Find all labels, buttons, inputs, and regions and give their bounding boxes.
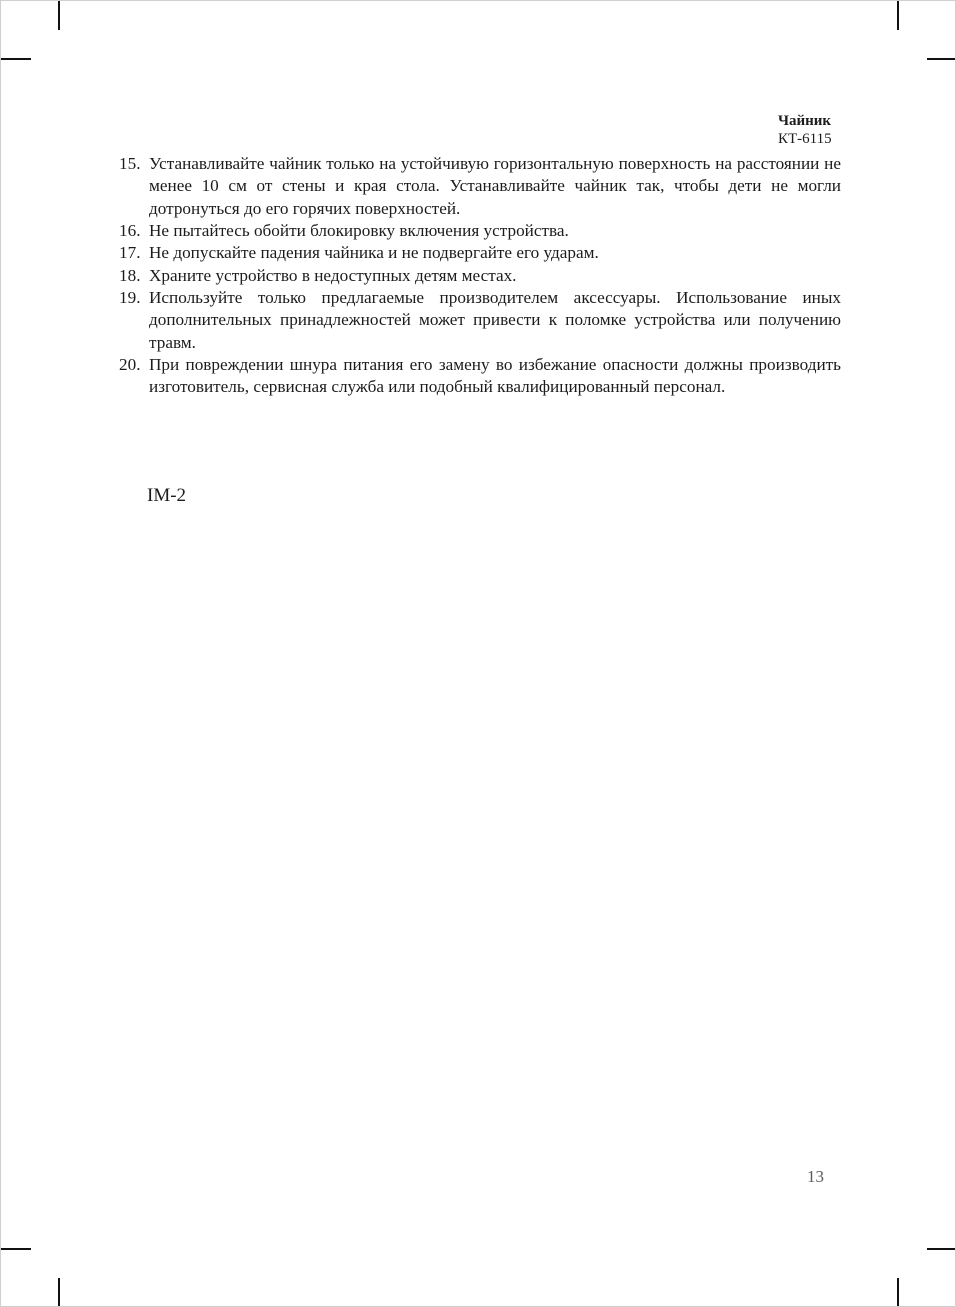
list-item: 16. Не пытайтесь обойти блокировку включ… xyxy=(119,220,841,242)
crop-mark-bottom-right-horizontal xyxy=(927,1248,956,1250)
list-item-text: Не допускайте падения чайника и не подве… xyxy=(149,242,841,264)
list-item-text: Устанавливайте чайник только на устойчив… xyxy=(149,153,841,220)
crop-mark-top-right-vertical xyxy=(897,1,899,30)
list-item-number: 18. xyxy=(119,265,149,287)
crop-mark-bottom-left-horizontal xyxy=(1,1248,31,1250)
instructions-list: 15. Устанавливайте чайник только на усто… xyxy=(119,153,841,399)
list-item-number: 15. xyxy=(119,153,149,175)
crop-mark-bottom-right-vertical xyxy=(897,1278,899,1307)
list-item-text: При повреждении шнура питания его замену… xyxy=(149,354,841,399)
page-number: 13 xyxy=(807,1167,824,1187)
list-item-text: Используйте только предлагаемые производ… xyxy=(149,287,841,354)
manual-page: Чайник КТ-6115 15. Устанавливайте чайник… xyxy=(0,0,956,1307)
list-item-text: Храните устройство в недоступных детям м… xyxy=(149,265,841,287)
product-name: Чайник xyxy=(778,113,832,131)
page-header: Чайник КТ-6115 xyxy=(778,113,832,148)
list-item: 15. Устанавливайте чайник только на усто… xyxy=(119,153,841,220)
crop-mark-top-left-vertical xyxy=(58,1,60,30)
list-item-number: 19. xyxy=(119,287,149,309)
list-item: 20. При повреждении шнура питания его за… xyxy=(119,354,841,399)
list-item: 18. Храните устройство в недоступных дет… xyxy=(119,265,841,287)
list-item-number: 20. xyxy=(119,354,149,376)
list-item-text: Не пытайтесь обойти блокировку включения… xyxy=(149,220,841,242)
crop-mark-top-left-horizontal xyxy=(1,58,31,60)
list-item-number: 17. xyxy=(119,242,149,264)
product-model: КТ-6115 xyxy=(778,131,832,149)
crop-mark-top-right-horizontal xyxy=(927,58,956,60)
list-item: 19. Используйте только предлагаемые прои… xyxy=(119,287,841,354)
crop-mark-bottom-left-vertical xyxy=(58,1278,60,1307)
document-code: IM-2 xyxy=(147,485,186,507)
list-item: 17. Не допускайте падения чайника и не п… xyxy=(119,242,841,264)
list-item-number: 16. xyxy=(119,220,149,242)
